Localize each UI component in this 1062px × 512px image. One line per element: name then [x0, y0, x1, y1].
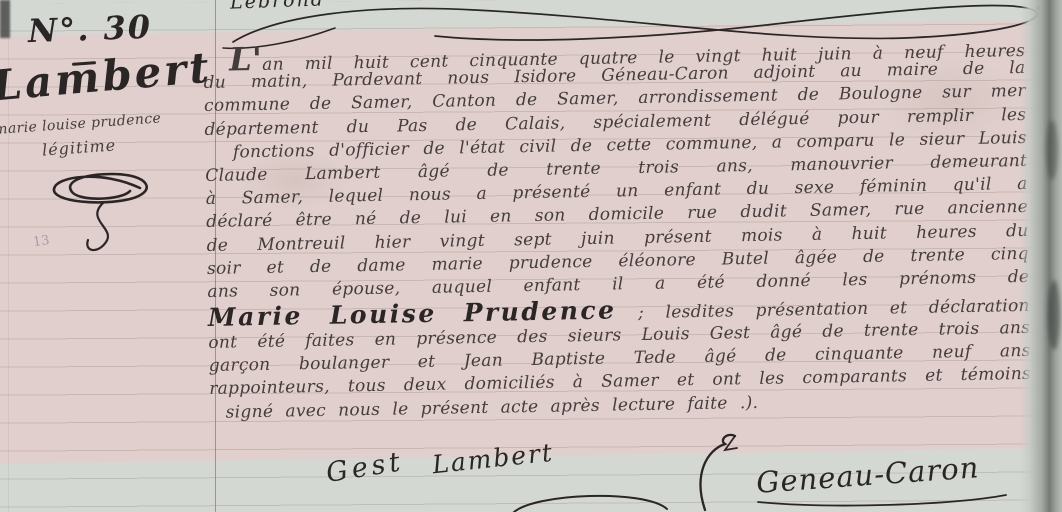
signature-underline-flourish [752, 492, 1014, 510]
edge-ink-blot [1046, 120, 1058, 180]
margin-paraph-flourish [42, 162, 162, 262]
act-number: N°. 30 [27, 8, 152, 50]
document-scan: N°. 30 Lambert marie louise prudence lég… [0, 0, 1062, 512]
page-edge-shadow [1020, 0, 1062, 512]
top-left-ink-mark [0, 0, 10, 38]
edge-ink-blot [1048, 280, 1060, 350]
partial-oval-flourish [505, 489, 675, 512]
act-body-text: L'an mil huit cent cinquante quatre le v… [203, 34, 1032, 425]
officer-paraph-bracket [683, 430, 747, 512]
